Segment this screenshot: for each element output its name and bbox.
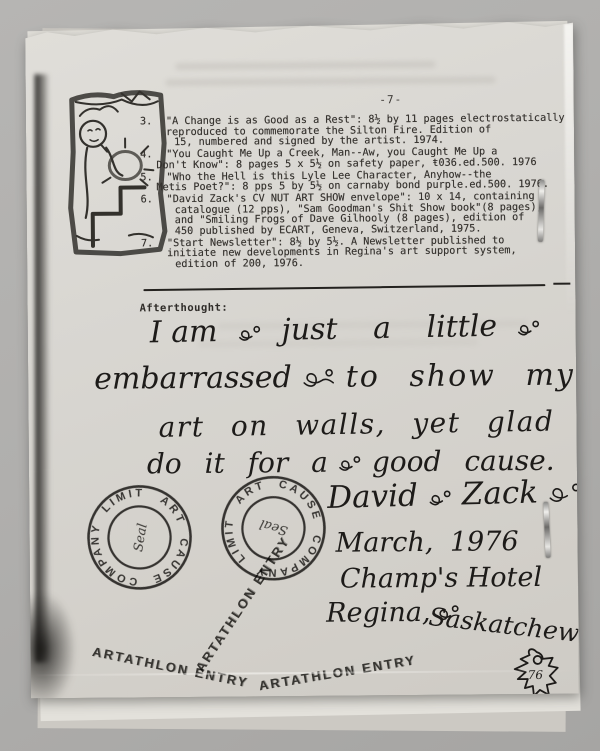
handwriting-text: I am (149, 314, 217, 350)
handwriting-text: embarrassed (94, 360, 292, 397)
list-item-6: 6. "David Zack's CV NUT ART SHOW envelop… (141, 192, 577, 239)
artathlon-entry-stamp-left: ARTATHLON ENTRY (91, 644, 250, 690)
handwriting-text: Saskatchewan (427, 602, 600, 651)
handwriting-text: good cause. (372, 444, 555, 479)
creature-doodle: 76 (507, 646, 566, 709)
handwriting-text: Champ's Hotel (340, 562, 542, 595)
photograph-of-document: -7- 3. "A Change is as Good as a Rest": … (0, 0, 600, 751)
handwriting-text: March, 1976 (335, 526, 518, 559)
item-number: 3. (140, 117, 152, 128)
flourish-doodle (302, 367, 336, 389)
signature-date: March, 1976 (335, 526, 518, 559)
item-number: 5. (140, 173, 152, 184)
stamp-seal-text: Seal (258, 516, 289, 538)
item-line: edition of 200, 1976. (175, 257, 577, 271)
handwriting-text: art on walls, yet glad to (158, 404, 600, 444)
signature-region: Saskatchewan (427, 602, 600, 651)
stamp-seal-text: Seal (131, 522, 151, 553)
list-item-4: 4. "You Caught Me Up a Creek, Man--Aw, y… (140, 147, 576, 172)
signature-address: Champ's Hotel (340, 562, 542, 595)
page-number: -7- (356, 93, 426, 107)
item-number: 4. (140, 150, 152, 161)
flourish-doodle (548, 481, 583, 504)
handwriting-text: Zack (461, 474, 538, 512)
handwriting-line-2: embarrassed to show my (94, 358, 575, 397)
ink-smudge-bottom-left (26, 590, 77, 708)
art-cause-stamp-left: ART CAUSE COMPANY LIMITED Seal (75, 473, 204, 602)
art-cause-stamp-right: ART CAUSE COMPANY LIMITED Seal (205, 459, 343, 597)
horizontal-rule (143, 284, 545, 291)
handwriting-text: to show my (346, 358, 575, 395)
bleed-through-text (166, 76, 496, 86)
paper-shadow: -7- 3. "A Change is as Good as a Rest": … (0, 0, 600, 751)
list-item-3: 3. "A Change is as Good as a Rest": 8½ b… (140, 114, 576, 150)
flourish-doodle (517, 320, 541, 337)
flourish-doodle (428, 490, 452, 508)
item-number: 6. (141, 195, 153, 206)
list-item-7: 7. "Start Newsletter": 8½ by 5½. A Newsl… (141, 235, 577, 271)
photocopy-edge-smudge (35, 74, 51, 662)
afterthought-label: Afterthought: (140, 302, 229, 315)
bleed-through-text (175, 61, 435, 70)
handwriting-text: David (327, 478, 419, 516)
flourish-doodle (237, 325, 261, 342)
handwriting-text: just a little (281, 309, 497, 348)
handwriting-line-3: art on walls, yet glad to (158, 404, 600, 444)
item-number: 7. (141, 239, 153, 250)
typed-list: 3. "A Change is as Good as a Rest": 8½ b… (140, 114, 577, 273)
horizontal-rule-dash (553, 283, 570, 285)
signature-name: David Zack (327, 473, 583, 516)
flourish-doodle (338, 455, 362, 472)
document-page: -7- 3. "A Change is as Good as a Rest": … (25, 20, 579, 699)
handwriting-line-1: I am just a little (149, 308, 541, 351)
handwriting-text: Regina, (326, 597, 431, 629)
